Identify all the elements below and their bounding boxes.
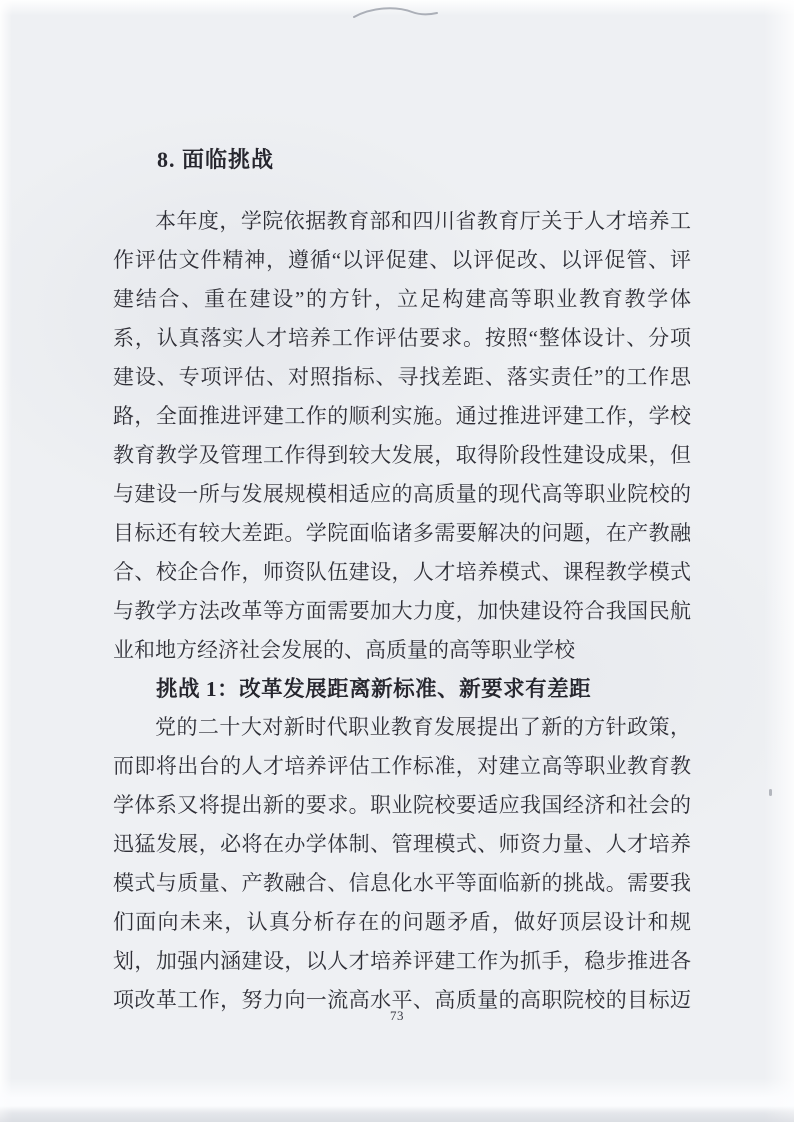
text-line: 作评估文件精神，遵循“以评促建、以评促改、以评促管、评 <box>113 241 691 280</box>
text-line: 学体系又将提出新的要求。职业院校要适应我国经济和社会的 <box>113 786 691 825</box>
scanned-document-page: 8. 面临挑战 本年度，学院依据教育部和四川省教育厅关于人才培养工作评估文件精神… <box>0 0 794 1122</box>
text-line: 模式与质量、产教融合、信息化水平等面临新的挑战。需要我 <box>113 864 691 903</box>
document-content: 8. 面临挑战 本年度，学院依据教育部和四川省教育厅关于人才培养工作评估文件精神… <box>113 141 691 1020</box>
text-line: 路，全面推进评建工作的顺利实施。通过推进评建工作，学校 <box>113 397 691 436</box>
text-line: 业和地方经济社会发展的、高质量的高等职业学校 <box>113 631 691 670</box>
page-number: 73 <box>0 1008 794 1024</box>
challenge-heading: 挑战 1：改革发展距离新标准、新要求有差距 <box>113 670 691 708</box>
text-line: 本年度，学院依据教育部和四川省教育厅关于人才培养工 <box>113 202 691 241</box>
text-line: 与建设一所与发展规模相适应的高质量的现代高等职业院校的 <box>113 475 691 514</box>
scan-artifact-curve <box>352 5 440 20</box>
text-line: 迅猛发展，必将在办学体制、管理模式、师资力量、人才培养 <box>113 825 691 864</box>
text-line: 党的二十大对新时代职业教育发展提出了新的方针政策， <box>113 708 691 747</box>
text-line: 合、校企合作，师资队伍建设，人才培养模式、课程教学模式 <box>113 553 691 592</box>
scan-artifact-speck <box>769 789 772 796</box>
text-line: 划，加强内涵建设，以人才培养评建工作为抓手，稳步推进各 <box>113 942 691 981</box>
text-line: 建结合、重在建设”的方针，立足构建高等职业教育教学体 <box>113 280 691 319</box>
text-line: 而即将出台的人才培养评估工作标准，对建立高等职业教育教 <box>113 747 691 786</box>
text-line: 教育教学及管理工作得到较大发展，取得阶段性建设成果，但 <box>113 436 691 475</box>
text-line: 们面向未来，认真分析存在的问题矛盾，做好顶层设计和规 <box>113 903 691 942</box>
text-line: 与教学方法改革等方面需要加大力度，加快建设符合我国民航 <box>113 592 691 631</box>
text-line: 目标还有较大差距。学院面临诸多需要解决的问题，在产教融 <box>113 514 691 553</box>
text-line: 系，认真落实人才培养工作评估要求。按照“整体设计、分项 <box>113 319 691 358</box>
paragraph-2: 党的二十大对新时代职业教育发展提出了新的方针政策，而即将出台的人才培养评估工作标… <box>113 708 691 1020</box>
section-heading: 8. 面临挑战 <box>113 141 691 179</box>
paragraph-1: 本年度，学院依据教育部和四川省教育厅关于人才培养工作评估文件精神，遵循“以评促建… <box>113 202 691 670</box>
text-line: 建设、专项评估、对照指标、寻找差距、落实责任”的工作思 <box>113 358 691 397</box>
